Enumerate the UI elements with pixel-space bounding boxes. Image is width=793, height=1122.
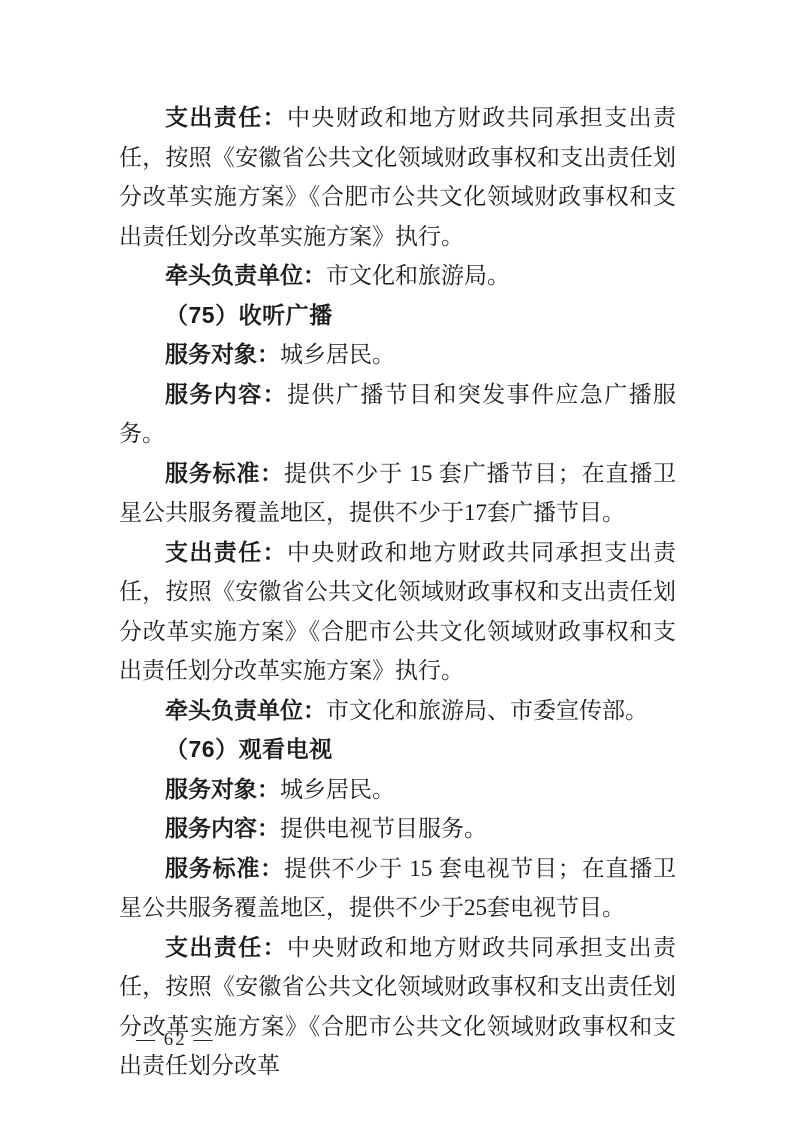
paragraph-service-content: 服务内容：提供电视节目服务。 <box>119 809 676 849</box>
field-label: 服务对象： <box>165 342 280 367</box>
paragraph-service-standard: 服务标准：提供不少于 15 套电视节目；在直播卫星公共服务覆盖地区，提供不少于2… <box>119 849 676 928</box>
field-label: 服务内容： <box>165 816 280 841</box>
section-heading-76-television: （76）观看电视 <box>119 730 676 770</box>
paragraph-text: 提供电视节目服务。 <box>280 816 487 841</box>
paragraph-text: 城乡居民。 <box>280 777 395 802</box>
field-label: 服务标准： <box>165 461 284 486</box>
field-label: 支出责任： <box>165 540 287 565</box>
paragraph-service-content: 服务内容：提供广播节目和突发事件应急广播服务。 <box>119 375 676 454</box>
field-label: 服务对象： <box>165 777 280 802</box>
paragraph-text: 市文化和旅游局。 <box>326 263 510 288</box>
paragraph-lead-unit: 牵头负责单位：市文化和旅游局、市委宣传部。 <box>119 691 676 731</box>
field-label: 牵头负责单位： <box>165 263 326 288</box>
page-number: — 62 — <box>136 1028 215 1052</box>
field-label: 支出责任： <box>165 105 287 130</box>
field-label: 牵头负责单位： <box>165 698 326 723</box>
field-label: 支出责任： <box>165 935 287 960</box>
field-label: 服务内容： <box>165 382 287 407</box>
page-body: 支出责任：中央财政和地方财政共同承担支出责任，按照《安徽省公共文化领域财政事权和… <box>119 98 676 1086</box>
paragraph-lead-unit: 牵头负责单位：市文化和旅游局。 <box>119 256 676 296</box>
section-heading-75-radio: （75）收听广播 <box>119 296 676 336</box>
paragraph-expenditure-responsibility-truncated: 支出责任：中央财政和地方财政共同承担支出责任，按照《安徽省公共文化领域财政事权和… <box>119 928 676 1086</box>
document-page: 支出责任：中央财政和地方财政共同承担支出责任，按照《安徽省公共文化领域财政事权和… <box>0 0 793 1122</box>
field-label: 服务标准： <box>165 856 284 881</box>
paragraph-text: 市文化和旅游局、市委宣传部。 <box>326 698 648 723</box>
paragraph-service-target: 服务对象：城乡居民。 <box>119 335 676 375</box>
paragraph-expenditure-responsibility: 支出责任：中央财政和地方财政共同承担支出责任，按照《安徽省公共文化领域财政事权和… <box>119 533 676 691</box>
paragraph-service-target: 服务对象：城乡居民。 <box>119 770 676 810</box>
paragraph-text: 城乡居民。 <box>280 342 395 367</box>
paragraph-expenditure-responsibility: 支出责任：中央财政和地方财政共同承担支出责任，按照《安徽省公共文化领域财政事权和… <box>119 98 676 256</box>
paragraph-service-standard: 服务标准：提供不少于 15 套广播节目；在直播卫星公共服务覆盖地区，提供不少于1… <box>119 454 676 533</box>
